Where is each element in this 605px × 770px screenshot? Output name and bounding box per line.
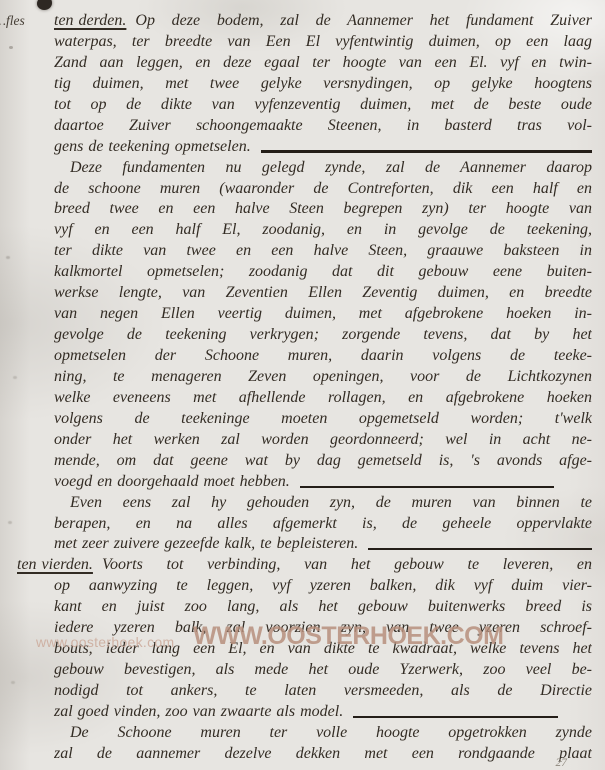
paragraph-rule xyxy=(368,548,592,550)
text-line: Deze fundamenten nu gelegd zynde, zal de… xyxy=(54,158,592,179)
text-line: zal goed vinden, zoo van zwaarte als mod… xyxy=(54,702,592,723)
line-text: opmetselen der Schoone muren, daarin vol… xyxy=(54,346,592,367)
text-line: breed twee en een halve Steen begrepen z… xyxy=(54,199,592,220)
line-text: zal goed vinden, zoo van zwaarte als mod… xyxy=(54,702,343,723)
line-text: gens de teekening opmetselen. xyxy=(54,137,251,158)
line-text: van negen Ellen veertig duimen, met afge… xyxy=(54,304,592,325)
line-text: tig duimen, met twee gelyke versnydingen… xyxy=(54,74,592,95)
text-line: gebouw bevestigen, als mede het oude Yze… xyxy=(54,660,592,681)
text-line: waterpas, ter breedte van Een El vyfentw… xyxy=(54,32,592,53)
text-line: ten derden.Op deze bodem, zal de Aanneme… xyxy=(54,11,592,32)
text-line: De Schoone muren ter volle hoogte opgetr… xyxy=(54,723,592,744)
line-text: volgens de teekeninge moeten opgemetseld… xyxy=(54,409,592,430)
text-line: gevolge de teekening verkrygen; zorgende… xyxy=(54,325,592,346)
line-text: bouts, ieder lang een El, en van dikte t… xyxy=(54,639,592,660)
line-text: ter dikte van twee en een halve Steen, g… xyxy=(54,241,592,262)
line-text: met zeer zuivere gezeefde kalk, te beple… xyxy=(54,534,358,555)
line-text: De Schoone muren ter volle hoogte opgetr… xyxy=(70,723,592,744)
line-text: breed twee en een halve Steen begrepen z… xyxy=(54,199,592,220)
line-text: kalkmortel opmetselen; zoodanig dat dit … xyxy=(54,262,592,283)
text-line: Zand aan leggen, en deze egaal ter hoogt… xyxy=(54,53,592,74)
text-line: ning, te menageren Zeven openingen, voor… xyxy=(54,367,592,388)
text-line: zal de aannemer dezelve dekken met een r… xyxy=(54,744,592,765)
text-line: daartoe Zuiver schoongemaakte Steenen, i… xyxy=(54,116,592,137)
line-text: Even eens zal hy gehouden zyn, de muren … xyxy=(70,493,592,514)
text-line: op aanwyzing te leggen, vyf yzeren balke… xyxy=(54,576,592,597)
manuscript-text: ten derden.Op deze bodem, zal de Aanneme… xyxy=(54,11,592,765)
text-line: mende, om dat geene wat by dag gemetseld… xyxy=(54,451,592,472)
line-text: iedere yzeren balk, zal voorzien zyn, va… xyxy=(54,618,592,639)
text-line: opmetselen der Schoone muren, daarin vol… xyxy=(54,346,592,367)
text-line: volgens de teekeninge moeten opgemetseld… xyxy=(54,409,592,430)
text-line: met zeer zuivere gezeefde kalk, te beple… xyxy=(54,534,592,555)
line-text: Op deze bodem, zal de Aannemer het funda… xyxy=(135,11,592,32)
line-text: voegd en doorgehaald moet hebben. xyxy=(54,472,290,493)
section-heading: ten derden. xyxy=(54,11,135,32)
text-line: tot op de dikte van vyfenzeventig duimen… xyxy=(54,95,592,116)
line-text: gebouw bevestigen, als mede het oude Yze… xyxy=(54,660,592,681)
text-line: bouts, ieder lang een El, en van dikte t… xyxy=(54,639,592,660)
line-text: de schoone muren (waaronder de Contrefor… xyxy=(54,179,592,200)
line-text: zal de aannemer dezelve dekken met een r… xyxy=(54,744,592,765)
text-line: onder het werken zal worden geordonneerd… xyxy=(54,430,592,451)
line-text: nodigd tot ankers, te laten versmeeden, … xyxy=(54,681,592,702)
margin-note: …fles xyxy=(0,13,25,29)
paragraph-rule xyxy=(300,486,554,488)
line-text: mende, om dat geene wat by dag gemetseld… xyxy=(54,451,592,472)
text-line: welke eveneens met afhellende rollagen, … xyxy=(54,388,592,409)
text-line: werkse lengte, van Zeventien Ellen Zeven… xyxy=(54,283,592,304)
line-text: berapen, en na alles afgemerkt is, de ge… xyxy=(54,514,592,535)
text-line: kalkmortel opmetselen; zoodanig dat dit … xyxy=(54,262,592,283)
section-heading: ten vierden. xyxy=(17,555,102,576)
line-text: daartoe Zuiver schoongemaakte Steenen, i… xyxy=(54,116,592,137)
line-text: werkse lengte, van Zeventien Ellen Zeven… xyxy=(54,283,592,304)
paragraph-rule xyxy=(353,716,558,718)
text-line: de schoone muren (waaronder de Contrefor… xyxy=(54,179,592,200)
line-text: gevolge de teekening verkrygen; zorgende… xyxy=(54,325,592,346)
line-text: ning, te menageren Zeven openingen, voor… xyxy=(54,367,592,388)
text-line: kant en juist zoo lang, als het gebouw b… xyxy=(54,597,592,618)
line-text: kant en juist zoo lang, als het gebouw b… xyxy=(54,597,592,618)
text-line: vyf en een half El, zoodanig, en in gevo… xyxy=(54,220,592,241)
text-line: ten vierden.Voorts tot verbinding, van h… xyxy=(17,555,592,576)
manuscript-page: …fles ten derden.Op deze bodem, zal de A… xyxy=(0,0,605,770)
text-line: gens de teekening opmetselen. xyxy=(54,137,592,158)
ink-blot xyxy=(37,0,52,10)
line-text: Voorts tot verbinding, van het gebouw te… xyxy=(102,555,592,576)
text-line: Even eens zal hy gehouden zyn, de muren … xyxy=(54,493,592,514)
line-text: Deze fundamenten nu gelegd zynde, zal de… xyxy=(70,158,592,179)
line-text: waterpas, ter breedte van Een El vyfentw… xyxy=(54,32,592,53)
text-line: van negen Ellen veertig duimen, met afge… xyxy=(54,304,592,325)
line-text: vyf en een half El, zoodanig, en in gevo… xyxy=(54,220,592,241)
text-line: berapen, en na alles afgemerkt is, de ge… xyxy=(54,514,592,535)
line-text: onder het werken zal worden geordonneerd… xyxy=(54,430,592,451)
line-text: Zand aan leggen, en deze egaal ter hoogt… xyxy=(54,53,592,74)
line-text: op aanwyzing te leggen, vyf yzeren balke… xyxy=(54,576,592,597)
text-line: iedere yzeren balk, zal voorzien zyn, va… xyxy=(54,618,592,639)
paragraph-rule xyxy=(261,150,592,153)
text-line: tig duimen, met twee gelyke versnydingen… xyxy=(54,74,592,95)
text-line: ter dikte van twee en een halve Steen, g… xyxy=(54,241,592,262)
line-text: tot op de dikte van vyfenzeventig duimen… xyxy=(54,95,592,116)
text-line: nodigd tot ankers, te laten versmeeden, … xyxy=(54,681,592,702)
page-number: 27 xyxy=(556,757,568,769)
line-text: welke eveneens met afhellende rollagen, … xyxy=(54,388,592,409)
text-line: voegd en doorgehaald moet hebben. xyxy=(54,472,592,493)
